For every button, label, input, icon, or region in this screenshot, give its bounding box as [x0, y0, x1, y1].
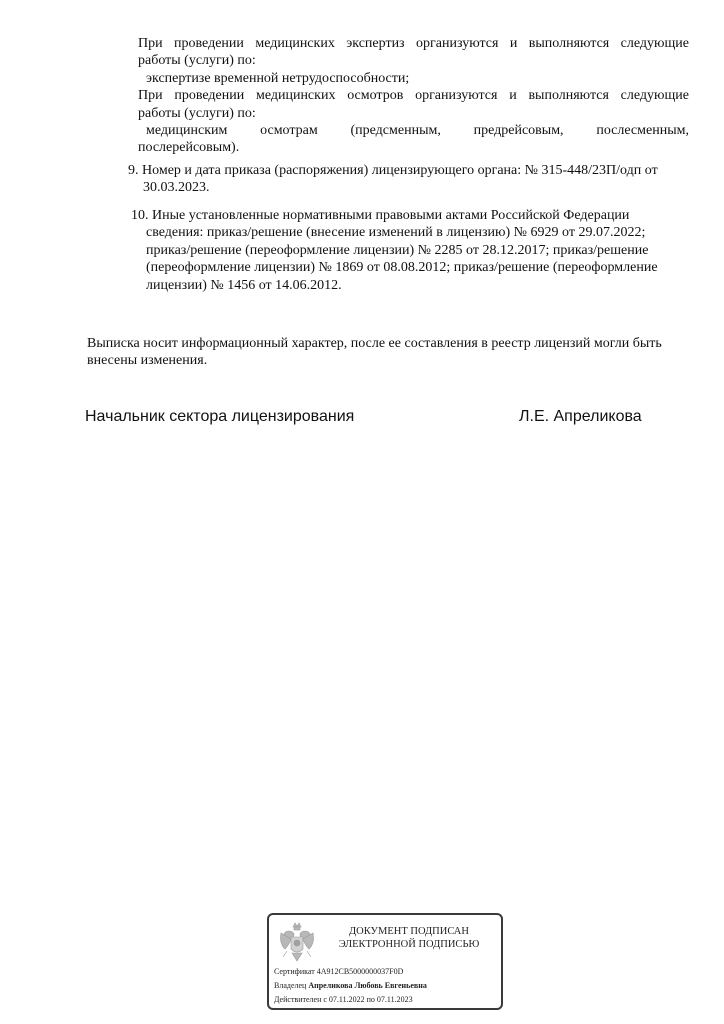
word: выполняются: [529, 35, 609, 52]
word: и: [510, 35, 518, 52]
item-10-line2: сведения: приказ/решение (внесение измен…: [131, 224, 691, 241]
word: осмотрам: [260, 122, 318, 139]
exams-item-line2: послерейсовым).: [138, 139, 689, 156]
exams-item-line1: медицинскимосмотрам(предсменным,предрейс…: [138, 122, 689, 139]
item-10-line4: (переоформление лицензии) № 1869 от 08.0…: [131, 259, 691, 276]
services-section: Припроведениимедицинскихэкспертизорганиз…: [138, 35, 689, 157]
stamp-title-line2: ЭЛЕКТРОННОЙ ПОДПИСЬЮ: [319, 938, 499, 951]
item-9-order-number: 9. Номер и дата приказа (распоряжения) л…: [128, 162, 698, 197]
word: следующие: [621, 35, 689, 52]
word: послесменным,: [596, 122, 689, 139]
word: проведении: [174, 87, 244, 104]
disclaimer-notice: Выписка носит информационный характер, п…: [87, 335, 689, 370]
word: организуются: [416, 35, 498, 52]
expertise-item: экспертизе временной нетрудоспособности;: [138, 70, 689, 87]
word: выполняются: [528, 87, 608, 104]
item-10-other-info: 10. Иные установленные нормативными прав…: [131, 207, 691, 294]
word: осмотров: [347, 87, 403, 104]
word: медицинским: [146, 122, 227, 139]
item-10-line3: приказ/решение (переоформление лицензии)…: [131, 242, 691, 259]
word: При: [138, 87, 163, 104]
expertise-intro-line1: Припроведениимедицинскихэкспертизорганиз…: [138, 35, 689, 52]
word: медицинских: [256, 87, 336, 104]
notice-line2: внесены изменения.: [87, 352, 689, 369]
word: (предсменным,: [351, 122, 441, 139]
notice-line1: Выписка носит информационный характер, п…: [87, 335, 689, 352]
item-10-line1: 10. Иные установленные нормативными прав…: [131, 207, 691, 224]
word: и: [509, 87, 517, 104]
item-9-line2: 30.03.2023.: [128, 179, 698, 196]
word: следующие: [621, 87, 689, 104]
owner-line: Владелец Апреликова Любовь Евгеньевна: [274, 981, 427, 990]
signatory-title: Начальник сектора лицензирования: [85, 408, 354, 426]
word: медицинских: [255, 35, 335, 52]
expertise-intro-line2: работы (услуги) по:: [138, 52, 689, 69]
stamp-title-line1: ДОКУМЕНТ ПОДПИСАН: [319, 925, 499, 938]
signatory-name: Л.Е. Апреликова: [519, 408, 642, 426]
certificate-label: Сертификат: [274, 967, 315, 976]
certificate-line: Сертификат 4A912CB5000000037F0D: [274, 967, 403, 976]
word: организуются: [415, 87, 497, 104]
exams-intro-line2: работы (услуги) по:: [138, 105, 689, 122]
item-9-line1: 9. Номер и дата приказа (распоряжения) л…: [128, 162, 698, 179]
exams-intro-line1: Припроведениимедицинскихосмотроворганизу…: [138, 87, 689, 104]
validity-line: Действителен с 07.11.2022 по 07.11.2023: [274, 995, 413, 1004]
coat-of-arms-icon: [277, 921, 317, 965]
owner-value: Апреликова Любовь Евгеньевна: [308, 981, 426, 990]
word: При: [138, 35, 163, 52]
word: предрейсовым,: [474, 122, 564, 139]
electronic-signature-stamp: ДОКУМЕНТ ПОДПИСАН ЭЛЕКТРОННОЙ ПОДПИСЬЮ С…: [267, 913, 503, 1010]
stamp-title: ДОКУМЕНТ ПОДПИСАН ЭЛЕКТРОННОЙ ПОДПИСЬЮ: [319, 925, 499, 951]
certificate-value: 4A912CB5000000037F0D: [317, 967, 404, 976]
word: экспертиз: [346, 35, 404, 52]
owner-label: Владелец: [274, 981, 306, 990]
word: проведении: [174, 35, 244, 52]
item-10-line5: лицензии) № 1456 от 14.06.2012.: [131, 277, 691, 294]
